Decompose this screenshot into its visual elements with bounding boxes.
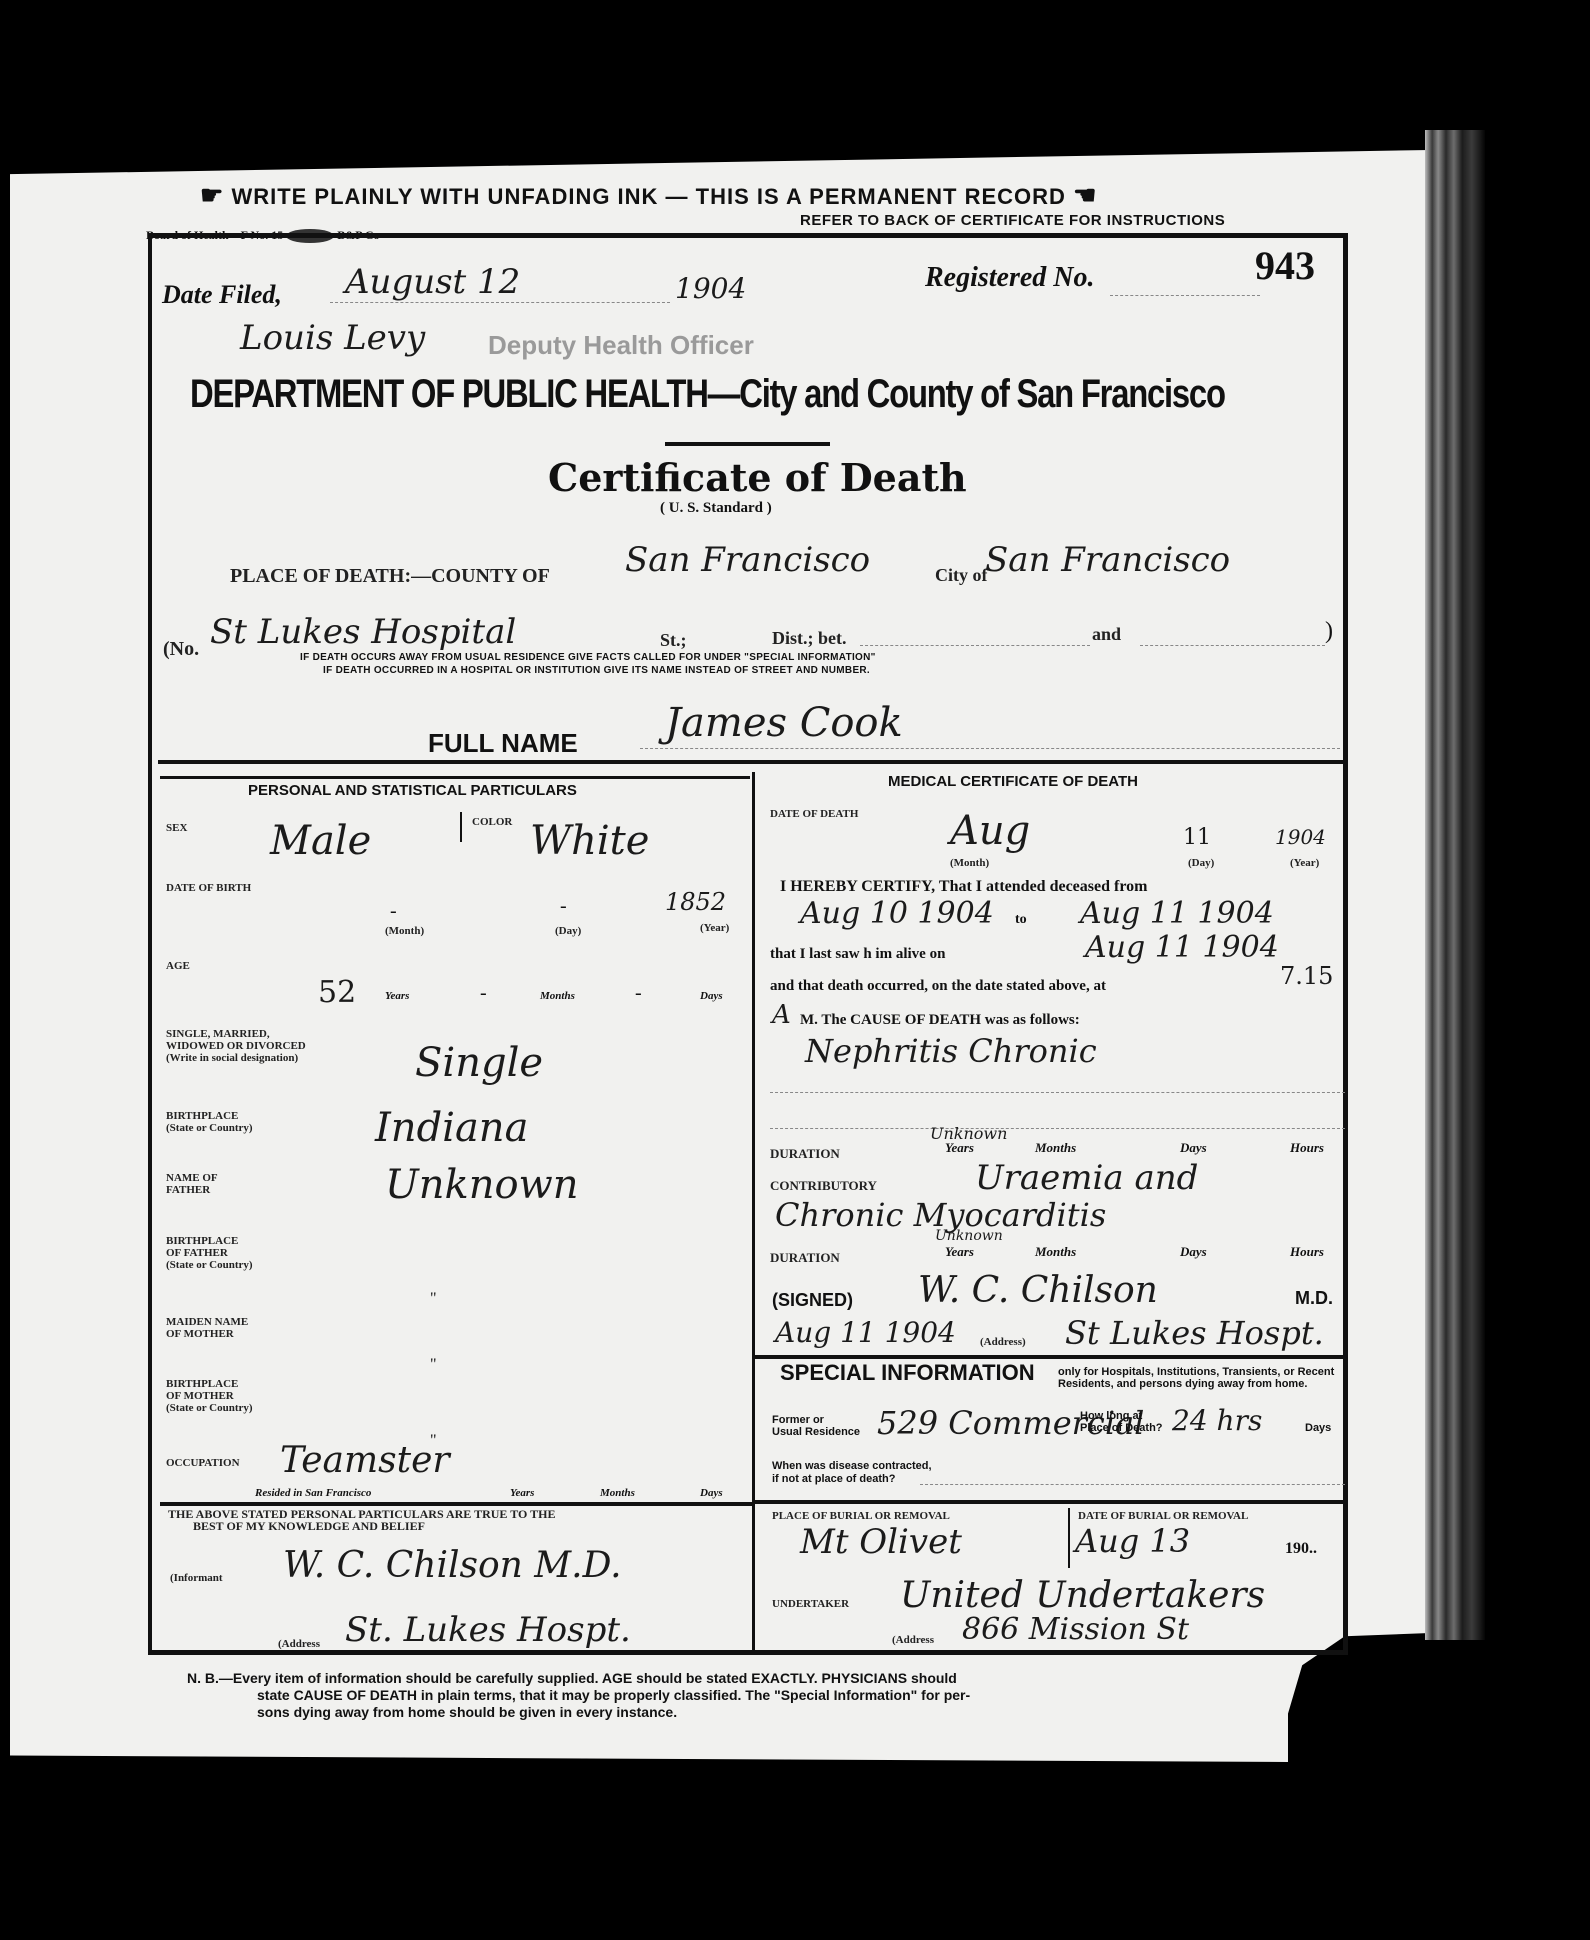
- age-years-value: 52: [318, 975, 356, 1010]
- attended-from: Aug 10 1904: [800, 896, 994, 931]
- place-note-1: IF DEATH OCCURS AWAY FROM USUAL RESIDENC…: [300, 652, 876, 663]
- full-name-label: FULL NAME: [428, 728, 578, 759]
- scan-shadow: [1310, 1640, 1590, 1940]
- date-of-death-year: 1904: [1275, 825, 1326, 849]
- pointing-hand-icon: ☚: [1073, 180, 1097, 210]
- death-time: 7.15: [1280, 962, 1333, 990]
- street-no-label: (No.: [163, 638, 199, 661]
- mother-name-ditto: ": [430, 1356, 437, 1374]
- officer-title: Deputy Health Officer: [488, 330, 754, 361]
- registered-label: Registered No.: [925, 262, 1095, 294]
- father-name-value: Unknown: [385, 1162, 579, 1208]
- contributory-1: Uraemia and: [975, 1158, 1198, 1198]
- certify-text: I HEREBY CERTIFY, That I attended deceas…: [780, 878, 1147, 896]
- standard-label: ( U. S. Standard ): [660, 500, 772, 517]
- department-title: DEPARTMENT OF PUBLIC HEALTH—City and Cou…: [190, 372, 1272, 417]
- marital-value: Single: [415, 1040, 543, 1086]
- informant-value: W. C. Chilson M.D.: [283, 1545, 622, 1586]
- physician-address: St Lukes Hospt.: [1065, 1314, 1324, 1352]
- informant-address-value: St. Lukes Hospt.: [345, 1610, 631, 1650]
- duration2-value: Unknown: [935, 1228, 1003, 1244]
- place-note-2: IF DEATH OCCURRED IN A HOSPITAL OR INSTI…: [323, 665, 870, 676]
- instructions-note: REFER TO BACK OF CERTIFICATE FOR INSTRUC…: [800, 212, 1225, 229]
- footer-note: N. B.—Every item of information should b…: [187, 1670, 970, 1721]
- date-filed-value: August 12: [345, 262, 520, 302]
- banner: ☛ WRITE PLAINLY WITH UNFADING INK — THIS…: [200, 180, 1097, 211]
- banner-text: WRITE PLAINLY WITH UNFADING INK — THIS I…: [231, 184, 1066, 209]
- date-filed-year: 1904: [675, 272, 746, 305]
- medical-heading: MEDICAL CERTIFICATE OF DEATH: [888, 773, 1138, 790]
- occupation-value: Teamster: [280, 1440, 450, 1481]
- full-name-value: James Cook: [665, 700, 903, 746]
- last-saw-value: Aug 11 1904: [1085, 930, 1279, 965]
- special-heading: SPECIAL INFORMATION: [780, 1360, 1035, 1386]
- date-of-death-day: 11: [1183, 825, 1211, 850]
- date-of-death-month: Aug: [950, 808, 1030, 854]
- place-of-death-label: PLACE OF DEATH:—County of: [230, 565, 550, 588]
- pointing-hand-icon: ☛: [200, 180, 224, 210]
- cause-of-death: Nephritis Chronic: [805, 1032, 1097, 1070]
- certificate-title: Certificate of Death: [548, 455, 967, 500]
- sex-value: Male: [270, 818, 371, 864]
- burial-place: Mt Olivet: [800, 1522, 962, 1562]
- undertaker-value: United Undertakers: [900, 1575, 1265, 1616]
- undertaker-address: 866 Mission St: [962, 1612, 1189, 1647]
- father-birthplace-ditto: ": [430, 1290, 437, 1308]
- birthplace-value: Indiana: [375, 1105, 528, 1151]
- burial-date: Aug 13: [1075, 1522, 1190, 1560]
- dob-year-value: 1852: [665, 888, 726, 916]
- date-filed-label: Date Filed,: [162, 280, 282, 310]
- county-value: San Francisco: [625, 540, 870, 580]
- ledger-binding-edge: [1425, 130, 1485, 1690]
- physician-signature: W. C. Chilson: [918, 1270, 1158, 1311]
- registered-number: 943: [1255, 242, 1315, 289]
- burial-year: 190..: [1285, 1540, 1317, 1558]
- attended-to: Aug 11 1904: [1080, 896, 1274, 931]
- officer-signature: Louis Levy: [240, 318, 425, 358]
- meridiem: A: [772, 1000, 791, 1030]
- color-value: White: [530, 818, 649, 864]
- personal-heading: PERSONAL AND STATISTICAL PARTICULARS: [248, 782, 577, 799]
- city-value: San Francisco: [985, 540, 1230, 580]
- sign-date: Aug 11 1904: [775, 1316, 956, 1349]
- city-label: City of: [935, 565, 988, 586]
- how-long-value: 24 hrs: [1172, 1404, 1262, 1437]
- institution-value: St Lukes Hospital: [210, 612, 516, 652]
